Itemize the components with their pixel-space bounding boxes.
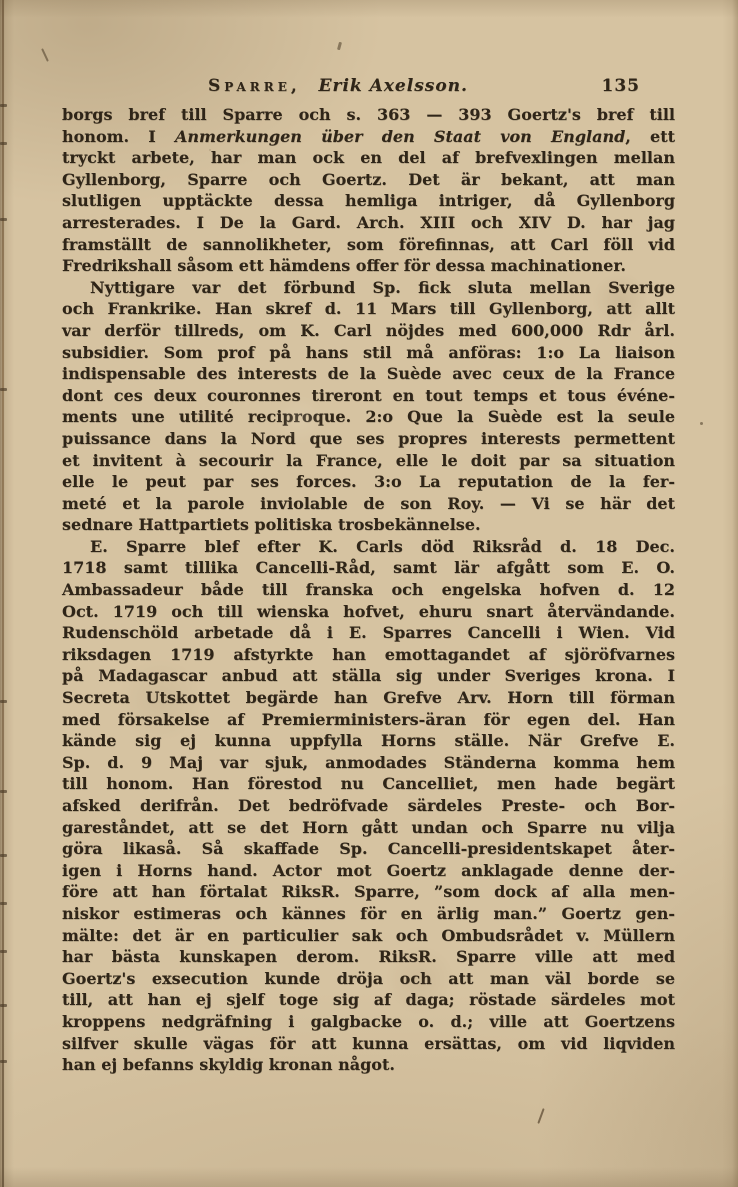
- text-line: honom. I Anmerkungen über den Staat von …: [62, 126, 675, 148]
- text-line: han ej befanns skyldig kronan något.: [62, 1054, 675, 1076]
- text-line: till honom. Han förestod nu Cancelliet, …: [62, 773, 675, 795]
- text-line: Rudenschöld arbetade då i E. Sparres Can…: [62, 622, 675, 644]
- edge-artifact: [0, 388, 7, 391]
- edge-artifact: [0, 1060, 7, 1063]
- text-line: gareståndet, att se det Horn gått undan …: [62, 817, 675, 839]
- italic-title: Anmerkungen über den Staat von England: [175, 127, 625, 146]
- text-line: meté et la parole inviolable de son Roy.…: [62, 493, 675, 515]
- text-line: Goertz's exsecution kunde dröja och att …: [62, 968, 675, 990]
- text-line: mälte: det är en particulier sak och Omb…: [62, 925, 675, 947]
- edge-artifact: [0, 950, 7, 953]
- text-line: dont ces deux couronnes tireront en tout…: [62, 385, 675, 407]
- fold-mark: [41, 48, 49, 62]
- text-line: Secreta Utskottet begärde han Grefve Arv…: [62, 687, 675, 709]
- text-line: har bästa kunskapen derom. RiksR. Sparre…: [62, 946, 675, 968]
- text-line: ments une utilité reciproque. 2:o Que la…: [62, 406, 675, 428]
- text-line: puissance dans la Nord que ses propres i…: [62, 428, 675, 450]
- text-line: framställt de sannolikheter, som förefin…: [62, 234, 675, 256]
- text-line: arresterades. I De la Gard. Arch. XIII o…: [62, 212, 675, 234]
- text-line: och Frankrike. Han skref d. 11 Mars till…: [62, 298, 675, 320]
- edge-artifact: [0, 218, 7, 221]
- text-line: subsidier. Som prof på hans stil må anfö…: [62, 342, 675, 364]
- paragraph: Nyttigare var det förbund Sp. fick sluta…: [62, 277, 675, 536]
- slash-artifact: [537, 1108, 544, 1124]
- text-line: före att han förtalat RiksR. Sparre, ”so…: [62, 881, 675, 903]
- text-line: niskor estimeras och kännes för en ärlig…: [62, 903, 675, 925]
- text-line: Oct. 1719 och till wienska hofvet, ehuru…: [62, 601, 675, 623]
- text-line: Gyllenborg, Sparre och Goertz. Det är be…: [62, 169, 675, 191]
- edge-artifact: [0, 700, 7, 703]
- text-line: riksdagen 1719 afstyrkte han emottagande…: [62, 644, 675, 666]
- edge-artifact: [0, 902, 7, 905]
- body-text: borgs bref till Sparre och s. 363 — 393 …: [62, 104, 675, 1076]
- edge-artifact: [0, 1004, 7, 1007]
- page-binding-edge: [2, 0, 4, 1187]
- text-line: tryckt arbete, har man ock en del af bre…: [62, 147, 675, 169]
- text-line: et invitent à secourir la France, elle l…: [62, 450, 675, 472]
- paragraph: borgs bref till Sparre och s. 363 — 393 …: [62, 104, 675, 277]
- text-line: E. Sparre blef efter K. Carls död Riksrå…: [62, 536, 675, 558]
- text-line: afsked derifrån. Det bedröfvade särdeles…: [62, 795, 675, 817]
- header-given-name: Erik Axelsson.: [319, 76, 468, 96]
- edge-artifact: [0, 104, 7, 107]
- text-line: göra likaså. Så skaffade Sp. Cancelli-pr…: [62, 838, 675, 860]
- text-line: borgs bref till Sparre och s. 363 — 393 …: [62, 104, 675, 126]
- text-line: 1718 samt tillika Cancelli-Råd, samt lär…: [62, 557, 675, 579]
- text-line: Ambassadeur både till franska och engels…: [62, 579, 675, 601]
- ink-speck: [700, 422, 703, 425]
- edge-artifact: [0, 854, 7, 857]
- text-line: elle le peut par ses forces. 3:o La repu…: [62, 471, 675, 493]
- paragraph: E. Sparre blef efter K. Carls död Riksrå…: [62, 536, 675, 1076]
- text-line: Nyttigare var det förbund Sp. fick sluta…: [62, 277, 675, 299]
- text-line: kroppens nedgräfning i galgbacke o. d.; …: [62, 1011, 675, 1033]
- text-line: Sp. d. 9 Maj var sjuk, anmodades Ständer…: [62, 752, 675, 774]
- text-line: var derför tillreds, om K. Carl nöjdes m…: [62, 320, 675, 342]
- scanned-book-page: Sparre, Erik Axelsson. 135 borgs bref ti…: [0, 0, 738, 1187]
- text-line: silfver skulle vägas för att kunna ersät…: [62, 1033, 675, 1055]
- text-line: till, att han ej sjelf toge sig af daga;…: [62, 989, 675, 1011]
- text-line: med försakelse af Premierministers-äran …: [62, 709, 675, 731]
- text-line: på Madagascar anbud att ställa sig under…: [62, 665, 675, 687]
- text-line: indispensable des interests de la Suède …: [62, 363, 675, 385]
- running-head: Sparre, Erik Axelsson. 135: [62, 76, 674, 100]
- ink-speck: [337, 42, 342, 51]
- text-line: slutligen upptäckte dessa hemliga intrig…: [62, 190, 675, 212]
- text-line: kände sig ej kunna uppfylla Horns ställe…: [62, 730, 675, 752]
- header-surname: Sparre,: [208, 76, 301, 96]
- page-number: 135: [602, 76, 641, 96]
- text-line: Fredrikshall såsom ett hämdens offer för…: [62, 255, 675, 277]
- edge-artifact: [0, 142, 7, 145]
- header-title: Sparre, Erik Axelsson.: [62, 76, 614, 96]
- text-line: sednare Hattpartiets politiska trosbekän…: [62, 514, 675, 536]
- edge-artifact: [0, 790, 7, 793]
- text-line: igen i Horns hand. Actor mot Goertz ankl…: [62, 860, 675, 882]
